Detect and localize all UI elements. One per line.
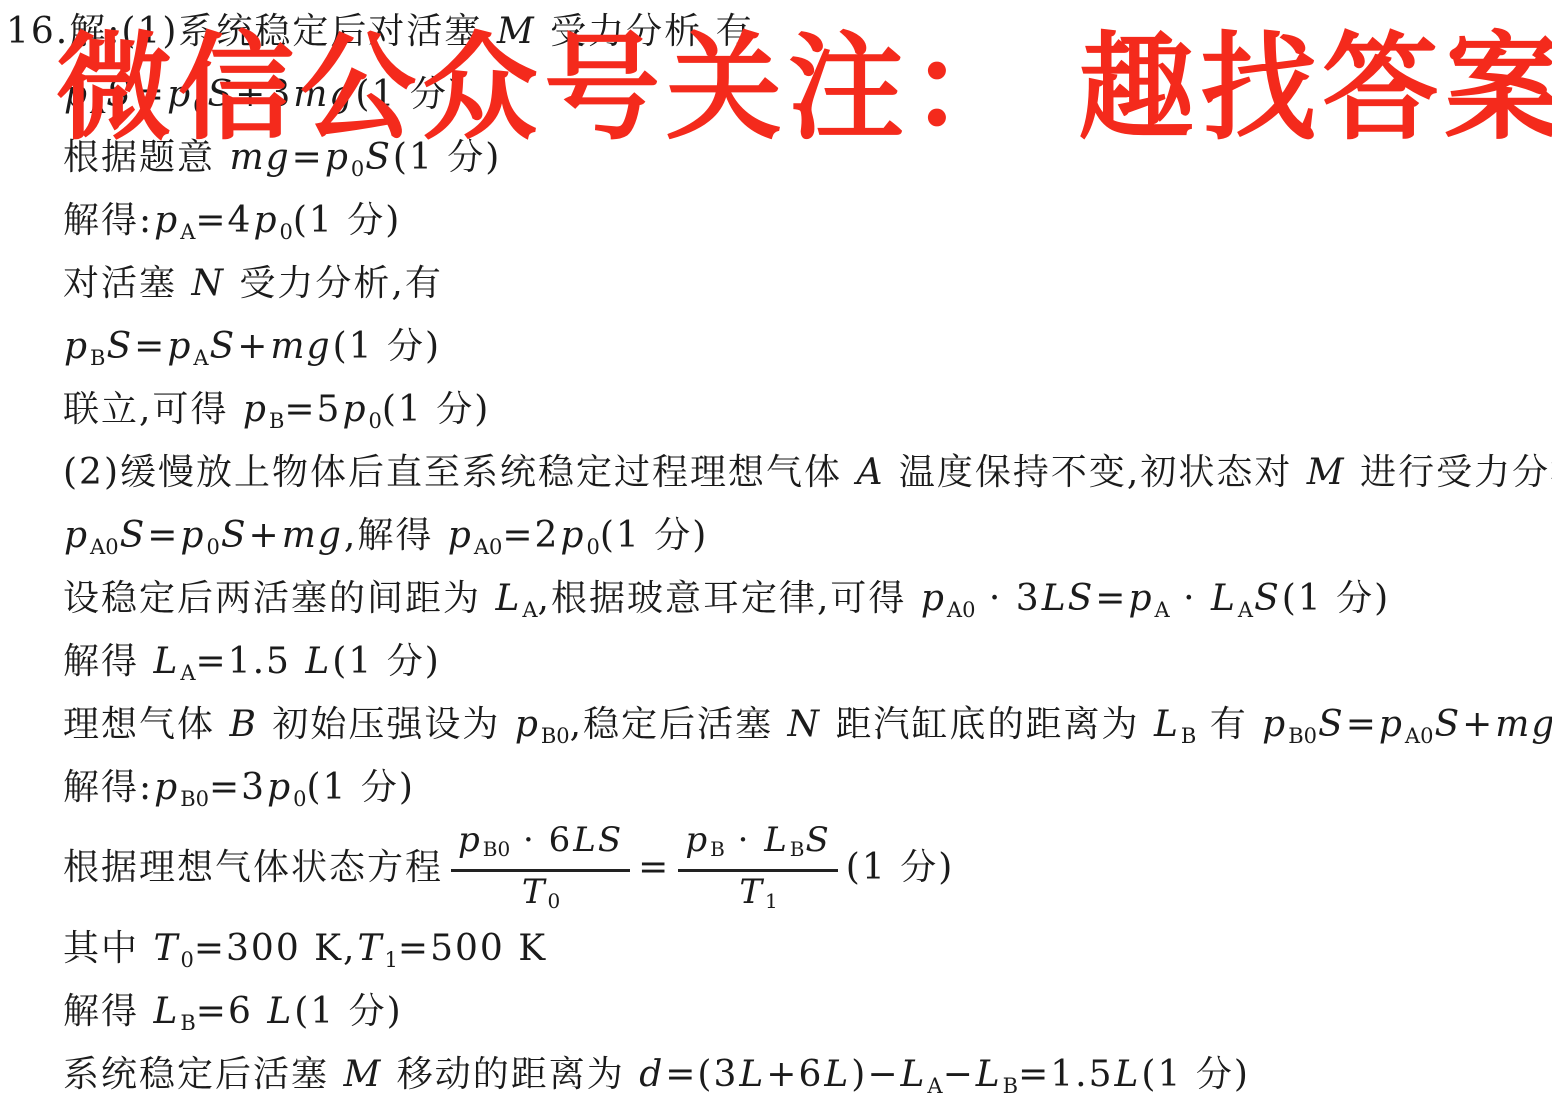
- text-run: =: [134, 326, 166, 367]
- math-variable: T: [738, 872, 765, 912]
- fraction-denominator: T1: [678, 872, 837, 921]
- text-run: · 6: [510, 820, 572, 860]
- solution-line: 解得:pB0=3p0(1 分): [6, 756, 1552, 819]
- math-variable: p: [684, 820, 710, 860]
- text-run: =300 K,: [194, 928, 357, 969]
- math-subscript: B: [180, 1011, 195, 1035]
- math-variable: S: [105, 326, 134, 367]
- fraction-denominator: T0: [451, 872, 630, 921]
- math-variable: mg: [281, 515, 344, 556]
- text-run: =500 K: [398, 928, 547, 969]
- math-variable: p: [447, 515, 474, 556]
- text-run: 设稳定后两活塞的间距为: [63, 578, 494, 619]
- text-run: 联立,可得: [63, 389, 242, 430]
- math-variable: p: [153, 200, 180, 241]
- math-subscript: 0: [548, 889, 561, 913]
- math-variable: L: [266, 991, 294, 1032]
- text-run: +: [1462, 704, 1494, 745]
- math-variable: M: [342, 1054, 383, 1095]
- math-subscript: A: [927, 1074, 942, 1098]
- text-run: ,根据玻意耳定律,可得: [538, 578, 920, 619]
- text-run: 受力分析,有: [226, 263, 443, 304]
- solution-line: 理想气体 B 初始压强设为 pB0,稳定后活塞 N 距汽缸底的距离为 LB 有 …: [6, 693, 1552, 756]
- text-run: (1 分): [294, 991, 402, 1032]
- math-variable: p: [1378, 704, 1405, 745]
- text-run: 距汽缸底的距离为: [822, 704, 1153, 745]
- fraction: pB0 · 6LST0: [451, 820, 630, 921]
- math-variable: p: [341, 389, 368, 430]
- math-subscript: B: [269, 409, 284, 433]
- solution-line: pA0S=p0S+mg,解得 pA0=2p0(1 分): [6, 504, 1552, 567]
- math-variable: p: [457, 820, 483, 860]
- math-variable: L: [975, 1054, 1003, 1095]
- text-run: =: [1346, 704, 1378, 745]
- math-variable: L: [1114, 1054, 1142, 1095]
- math-variable: L: [304, 641, 332, 682]
- math-subscript: A: [1238, 598, 1253, 622]
- text-run: 解得: [63, 641, 152, 682]
- text-run: · 3: [975, 578, 1040, 619]
- math-subscript: B0: [180, 787, 209, 811]
- solution-line: pBS=pAS+mg(1 分): [6, 315, 1552, 378]
- watermark-overlay: 微信公众号关注： 趣找答案: [56, 26, 1552, 151]
- math-variable: M: [1306, 452, 1347, 493]
- solution-line: 解得 LB=6 L(1 分): [6, 980, 1552, 1043]
- text-run: 初始压强设为: [259, 704, 514, 745]
- text-run: =: [147, 515, 179, 556]
- math-variable: p: [166, 326, 193, 367]
- math-subscript: 1: [385, 948, 398, 972]
- text-run: =5: [284, 389, 341, 430]
- math-subscript: A0: [947, 598, 976, 622]
- math-variable: L: [900, 1054, 928, 1095]
- math-variable: L: [763, 820, 790, 860]
- text-run: (1 分): [846, 847, 954, 888]
- text-run: =4: [195, 200, 252, 241]
- text-run: 根据理想气体状态方程: [63, 847, 443, 888]
- text-run: (1 分): [293, 200, 401, 241]
- text-run: −: [943, 1054, 975, 1095]
- math-subscript: A: [180, 220, 195, 244]
- text-run: =6: [196, 991, 267, 1032]
- text-run: (1 分): [382, 389, 490, 430]
- text-run: =: [1095, 578, 1127, 619]
- math-variable: p: [63, 515, 90, 556]
- math-variable: p: [63, 326, 90, 367]
- solution-body: 16.解:(1)系统稳定后对活塞 M 受力分析,有pAS=p0S+3mg(1 分…: [6, 0, 1552, 1101]
- text-run: +6: [766, 1054, 823, 1095]
- math-variable: L: [823, 1054, 851, 1095]
- math-subscript: A0: [474, 535, 503, 559]
- fraction-numerator: pB · LBS: [678, 820, 837, 872]
- math-subscript: A0: [1405, 724, 1434, 748]
- text-run: =1.5: [1018, 1054, 1113, 1095]
- math-subscript: B: [1181, 724, 1196, 748]
- math-variable: S: [1317, 704, 1346, 745]
- text-run: (1 分): [600, 515, 708, 556]
- math-variable: N: [190, 263, 226, 304]
- math-subscript: B0: [483, 837, 510, 861]
- page: 16.解:(1)系统稳定后对活塞 M 受力分析,有pAS=p0S+3mg(1 分…: [0, 0, 1552, 1101]
- math-subscript: 0: [180, 948, 193, 972]
- solution-line: 解得:pA=4p0(1 分): [6, 189, 1552, 252]
- solution-line: 联立,可得 pB=5p0(1 分): [6, 378, 1552, 441]
- math-variable: p: [266, 767, 293, 808]
- math-variable: p: [252, 200, 279, 241]
- solution-line: (2)缓慢放上物体后直至系统稳定过程理想气体 A 温度保持不变,初状态对 M 进…: [6, 441, 1552, 504]
- text-run: 解得:: [63, 767, 153, 808]
- text-run: +: [237, 326, 269, 367]
- math-variable: L: [1153, 704, 1181, 745]
- math-variable: S: [1253, 578, 1282, 619]
- text-run: 理想气体: [63, 704, 228, 745]
- text-run: =1.5: [196, 641, 305, 682]
- text-run: 系统稳定后活塞: [63, 1054, 342, 1095]
- text-run: 解得:: [63, 200, 153, 241]
- math-subscript: B0: [1288, 724, 1317, 748]
- math-variable: L: [152, 991, 180, 1032]
- text-run: )−: [851, 1054, 899, 1095]
- math-variable: p: [1261, 704, 1288, 745]
- math-variable: p: [1127, 578, 1154, 619]
- math-variable: L: [1210, 578, 1238, 619]
- math-subscript: B: [710, 837, 725, 861]
- math-subscript: 0: [586, 535, 599, 559]
- math-subscript: B: [790, 837, 805, 861]
- text-run: (1 分): [332, 641, 440, 682]
- text-run: (1 分): [306, 767, 414, 808]
- math-variable: p: [153, 767, 180, 808]
- math-variable: S: [220, 515, 249, 556]
- math-variable: LS: [1041, 578, 1096, 619]
- text-run: 温度保持不变,初状态对: [885, 452, 1305, 493]
- math-subscript: 1: [765, 889, 778, 913]
- text-run: 有: [1196, 704, 1261, 745]
- solution-line: 对活塞 N 受力分析,有: [6, 252, 1552, 315]
- math-subscript: B0: [541, 724, 570, 748]
- math-variable: B: [228, 704, 258, 745]
- math-variable: S: [805, 820, 832, 860]
- text-run: =(3: [665, 1054, 738, 1095]
- text-run: 对活塞: [63, 263, 190, 304]
- text-run: =2: [502, 515, 559, 556]
- solution-line: 设稳定后两活塞的间距为 LA,根据玻意耳定律,可得 pA0 · 3LS=pA ·…: [6, 567, 1552, 630]
- math-subscript: 0: [369, 409, 382, 433]
- text-run: ·: [1170, 578, 1210, 619]
- math-subscript: A0: [90, 535, 119, 559]
- math-subscript: A: [193, 346, 208, 370]
- text-run: =: [638, 847, 670, 888]
- text-run: ,稳定后活塞: [570, 704, 787, 745]
- text-run: (1 分): [333, 326, 441, 367]
- solution-line: 根据理想气体状态方程pB0 · 6LST0=pB · LBST1(1 分): [6, 819, 1552, 917]
- math-variable: N: [787, 704, 823, 745]
- text-run: ,解得: [344, 515, 447, 556]
- math-subscript: A: [180, 661, 195, 685]
- math-variable: S: [119, 515, 148, 556]
- text-run: (1 分): [1282, 578, 1390, 619]
- math-subscript: 0: [206, 535, 219, 559]
- math-variable: mg: [269, 326, 332, 367]
- math-variable: p: [242, 389, 269, 430]
- math-subscript: 0: [293, 787, 306, 811]
- solution-line: 其中 T0=300 K,T1=500 K: [6, 917, 1552, 980]
- math-variable: L: [738, 1054, 766, 1095]
- math-variable: p: [179, 515, 206, 556]
- math-variable: p: [514, 704, 541, 745]
- math-subscript: B: [1003, 1074, 1018, 1098]
- text-run: 进行受力分析: [1347, 452, 1552, 493]
- math-variable: p: [920, 578, 947, 619]
- math-variable: mg: [1494, 704, 1552, 745]
- math-subscript: 0: [351, 157, 364, 181]
- math-subscript: A: [522, 598, 537, 622]
- text-run: (1 分): [1141, 1054, 1249, 1095]
- math-variable: T: [152, 928, 180, 969]
- math-variable: T: [521, 872, 548, 912]
- math-variable: T: [357, 928, 385, 969]
- math-variable: S: [1433, 704, 1462, 745]
- text-run: +: [249, 515, 281, 556]
- text-run: =3: [209, 767, 266, 808]
- math-variable: A: [855, 452, 885, 493]
- fraction-numerator: pB0 · 6LS: [451, 820, 630, 872]
- text-run: 其中: [63, 928, 152, 969]
- math-subscript: 0: [279, 220, 292, 244]
- text-run: 解得: [63, 991, 152, 1032]
- math-subscript: A: [1154, 598, 1169, 622]
- math-variable: L: [152, 641, 180, 682]
- solution-line: 解得 LA=1.5 L(1 分): [6, 630, 1552, 693]
- math-variable: LS: [572, 820, 624, 860]
- math-variable: S: [209, 326, 238, 367]
- text-run: (2)缓慢放上物体后直至系统稳定过程理想气体: [63, 452, 855, 493]
- solution-line: 系统稳定后活塞 M 移动的距离为 d=(3L+6L)−LA−LB=1.5L(1 …: [6, 1043, 1552, 1101]
- math-variable: p: [559, 515, 586, 556]
- text-run: 移动的距离为: [383, 1054, 638, 1095]
- math-subscript: B: [90, 346, 105, 370]
- text-run: ·: [725, 820, 763, 860]
- fraction: pB · LBST1: [678, 820, 837, 921]
- math-variable: d: [638, 1054, 665, 1095]
- math-variable: L: [494, 578, 522, 619]
